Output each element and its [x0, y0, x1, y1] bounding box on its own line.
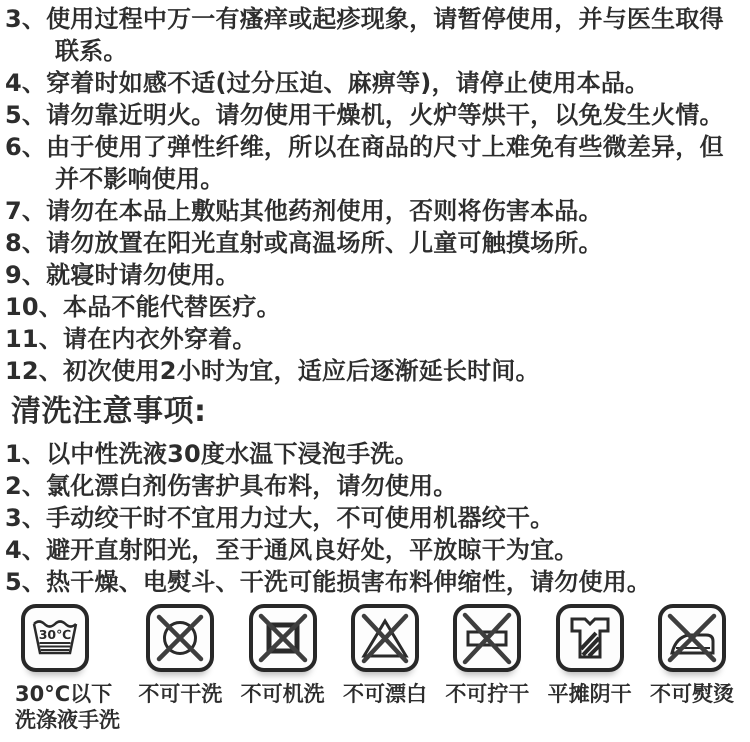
- care-symbol-box: 30℃: [21, 604, 89, 672]
- usage-item: 5、请勿靠近明火。请勿使用干燥机，火炉等烘干，以免发生火情。: [5, 99, 746, 131]
- care-symbols-row: 30℃ 30°C以下 洗涤液手洗 不可干洗: [21, 604, 734, 733]
- usage-item: 9、就寝时请勿使用。: [5, 259, 746, 291]
- wash-precautions-list: 1、以中性洗液30度水温下浸泡手洗。 2、氯化漂白剂伤害护具布料，请勿使用。 3…: [5, 438, 746, 598]
- care-symbol-label: 平摊阴干: [548, 681, 632, 707]
- item-number: 6、: [5, 133, 46, 161]
- no-machine-wash-icon: [255, 610, 311, 666]
- usage-item: 8、请勿放置在阳光直射或高温场所、儿童可触摸场所。: [5, 227, 746, 259]
- wash-item: 4、避开直射阳光，至于通风良好处，平放晾干为宜。: [5, 534, 746, 566]
- care-symbol-label: 30°C以下 洗涤液手洗: [15, 681, 120, 733]
- item-text: 请在内衣外穿着。: [63, 325, 257, 353]
- item-text: 避开直射阳光，至于通风良好处，平放晾干为宜。: [46, 536, 578, 564]
- item-number: 4、: [5, 69, 46, 97]
- item-number: 9、: [5, 261, 46, 289]
- item-text: 穿着时如感不适(过分压迫、麻痹等)，请停止使用本品。: [46, 69, 649, 97]
- care-symbol-dry-flat-in-shade: 平摊阴干: [548, 604, 632, 733]
- care-symbol-box: [453, 604, 521, 672]
- item-number: 2、: [5, 472, 46, 500]
- item-text: 请勿靠近明火。请勿使用干燥机，火炉等烘干，以免发生火情。: [46, 101, 724, 129]
- care-symbol-box: [351, 604, 419, 672]
- item-text: 初次使用2小时为宜，适应后逐渐延长时间。: [63, 357, 540, 385]
- no-bleach-icon: [357, 610, 413, 666]
- item-number: 4、: [5, 536, 46, 564]
- item-number: 5、: [5, 101, 46, 129]
- item-text: 使用过程中万一有瘙痒或起疹现象，请暂停使用，并与医生取得: [46, 5, 724, 33]
- care-symbol-box: [146, 604, 214, 672]
- usage-item: 12、初次使用2小时为宜，适应后逐渐延长时间。: [5, 355, 746, 387]
- care-instructions-document: 3、使用过程中万一有瘙痒或起疹现象，请暂停使用，并与医生取得 联系。 4、穿着时…: [0, 0, 750, 733]
- wash-item: 1、以中性洗液30度水温下浸泡手洗。: [5, 438, 746, 470]
- care-symbol-no-iron: 不可熨烫: [650, 604, 734, 733]
- usage-item: 7、请勿在本品上敷贴其他药剂使用，否则将伤害本品。: [5, 195, 746, 227]
- usage-precautions-list: 3、使用过程中万一有瘙痒或起疹现象，请暂停使用，并与医生取得 联系。 4、穿着时…: [5, 3, 746, 387]
- item-number: 7、: [5, 197, 46, 225]
- no-iron-icon: [664, 610, 720, 666]
- care-symbol-box: [658, 604, 726, 672]
- wash-item: 2、氯化漂白剂伤害护具布料，请勿使用。: [5, 470, 746, 502]
- handwash-30c-icon: 30℃: [27, 610, 83, 666]
- care-symbol-no-wring: 不可拧干: [445, 604, 529, 733]
- item-text: 请勿在本品上敷贴其他药剂使用，否则将伤害本品。: [46, 197, 603, 225]
- no-dry-clean-icon: [152, 610, 208, 666]
- item-continuation: 并不影响使用。: [55, 163, 746, 195]
- wash-item: 5、热干燥、电熨斗、干洗可能损害布料伸缩性，请勿使用。: [5, 566, 746, 598]
- care-symbol-box: [556, 604, 624, 672]
- dry-flat-in-shade-icon: [562, 610, 618, 666]
- item-number: 3、: [5, 504, 46, 532]
- usage-item: 11、请在内衣外穿着。: [5, 323, 746, 355]
- care-symbol-box: [249, 604, 317, 672]
- wash-section-title: 清洗注意事项:: [11, 394, 746, 430]
- item-number: 12、: [5, 357, 63, 385]
- item-text: 氯化漂白剂伤害护具布料，请勿使用。: [46, 472, 457, 500]
- wash-item: 3、手动绞干时不宜用力过大，不可使用机器绞干。: [5, 502, 746, 534]
- item-number: 3、: [5, 5, 46, 33]
- usage-item: 6、由于使用了弹性纤维，所以在商品的尺寸上难免有些微差异，但 并不影响使用。: [5, 131, 746, 195]
- item-number: 10、: [5, 293, 63, 321]
- care-symbol-no-dry-clean: 不可干洗: [138, 604, 222, 733]
- item-text: 手动绞干时不宜用力过大，不可使用机器绞干。: [46, 504, 554, 532]
- item-text: 就寝时请勿使用。: [46, 261, 240, 289]
- care-symbol-label: 不可漂白: [343, 681, 427, 707]
- item-text: 热干燥、电熨斗、干洗可能损害布料伸缩性，请勿使用。: [46, 568, 651, 596]
- care-symbol-handwash-30c: 30℃ 30°C以下 洗涤液手洗: [21, 604, 120, 733]
- care-symbol-label: 不可干洗: [138, 681, 222, 707]
- item-text: 本品不能代替医疗。: [63, 293, 281, 321]
- care-symbol-no-bleach: 不可漂白: [343, 604, 427, 733]
- item-continuation: 联系。: [55, 35, 746, 67]
- item-number: 8、: [5, 229, 46, 257]
- item-number: 1、: [5, 440, 46, 468]
- svg-text:30℃: 30℃: [39, 627, 72, 642]
- no-wring-icon: [459, 610, 515, 666]
- usage-item: 4、穿着时如感不适(过分压迫、麻痹等)，请停止使用本品。: [5, 67, 746, 99]
- usage-item: 3、使用过程中万一有瘙痒或起疹现象，请暂停使用，并与医生取得 联系。: [5, 3, 746, 67]
- usage-item: 10、本品不能代替医疗。: [5, 291, 746, 323]
- care-symbol-no-machine-wash: 不可机洗: [241, 604, 325, 733]
- care-symbol-label: 不可机洗: [241, 681, 325, 707]
- item-text: 以中性洗液30度水温下浸泡手洗。: [46, 440, 419, 468]
- item-number: 5、: [5, 568, 46, 596]
- care-symbol-label: 不可熨烫: [650, 681, 734, 707]
- care-symbol-label: 不可拧干: [445, 681, 529, 707]
- item-text: 请勿放置在阳光直射或高温场所、儿童可触摸场所。: [46, 229, 603, 257]
- item-number: 11、: [5, 325, 63, 353]
- item-text: 由于使用了弹性纤维，所以在商品的尺寸上难免有些微差异，但: [46, 133, 724, 161]
